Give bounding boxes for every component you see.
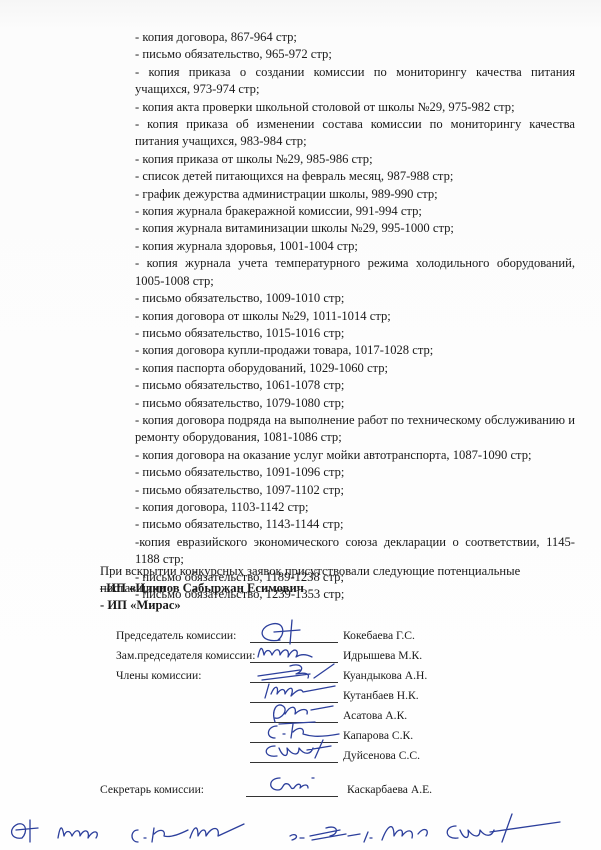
list-item: - копия журнала бракеражной комиссии, 99… — [135, 203, 575, 220]
role-label: Члены комиссии: — [116, 669, 201, 682]
signer-name: Куандыкова А.Н. — [343, 669, 427, 682]
role-label: Председатель комиссии: — [116, 629, 236, 642]
list-item: - копия приказа от школы №29, 985-986 ст… — [135, 151, 575, 168]
list-item: - копия акта проверки школьной столовой … — [135, 99, 575, 116]
signature-row-secretary: Секретарь комиссии: Каскарбаева А.Е. — [0, 781, 601, 801]
list-item: - письмо обязательство, 1061-1078 стр; — [135, 377, 575, 394]
signature-row-member: Дуйсенова С.С. — [0, 747, 601, 767]
signature-row-chairman: Председатель комиссии: Кокебаева Г.С. — [0, 627, 601, 647]
list-item: - график дежурства администрации школы, … — [135, 186, 575, 203]
signature-line — [250, 762, 338, 763]
list-item: - копия договора на оказание услуг мойки… — [135, 447, 575, 464]
signature-line — [250, 742, 338, 743]
signature-row-member: Члены комиссии: Куандыкова А.Н. — [0, 667, 601, 687]
list-item: - копия приказа об изменении состава ком… — [135, 116, 575, 151]
list-item: - письмо обязательство, 1015-1016 стр; — [135, 325, 575, 342]
list-item: - копия договора подряда на выполнение р… — [135, 412, 575, 447]
list-item: - копия журнала витаминизации школы №29,… — [135, 220, 575, 237]
signer-name: Кутанбаев Н.К. — [343, 689, 419, 702]
page-initials-row — [0, 808, 601, 850]
signer-name: Капарова С.К. — [343, 729, 413, 742]
signature-line — [246, 796, 338, 797]
signer-name: Идрышева М.К. — [343, 649, 422, 662]
signature-line — [250, 642, 338, 643]
list-item: - письмо обязательство, 1091-1096 стр; — [135, 464, 575, 481]
list-item: - копия журнала здоровья, 1001-1004 стр; — [135, 238, 575, 255]
list-item: - письмо обязательство, 1009-1010 стр; — [135, 290, 575, 307]
vendor-name: - ИП «Мирас» — [100, 597, 580, 614]
vendor-name: –ИП «Илипов Сабыржан Есимович — [100, 580, 580, 597]
list-item: - копия договора купли-продажи товара, 1… — [135, 342, 575, 359]
signature-line — [250, 722, 338, 723]
signature-row-deputy: Зам.председателя комиссии: Идрышева М.К. — [0, 647, 601, 667]
list-item: - письмо обязательство, 1143-1144 стр; — [135, 516, 575, 533]
list-item: - копия паспорта оборудований, 1029-1060… — [135, 360, 575, 377]
signer-name: Дуйсенова С.С. — [343, 749, 420, 762]
signer-name: Каскарбаева А.Е. — [347, 783, 432, 796]
list-item: - письмо обязательство, 1079-1080 стр; — [135, 395, 575, 412]
signature-row-member: Кутанбаев Н.К. — [0, 687, 601, 707]
list-item: - копия приказа о создании комиссии по м… — [135, 64, 575, 99]
signature-line — [250, 702, 338, 703]
list-item: - список детей питающихся на февраль мес… — [135, 168, 575, 185]
signature-row-member: Капарова С.К. — [0, 727, 601, 747]
signer-name: Асатова А.К. — [343, 709, 407, 722]
signature-line — [250, 682, 338, 683]
signer-name: Кокебаева Г.С. — [343, 629, 415, 642]
list-item: - копия договора, 867-964 стр; — [135, 29, 575, 46]
list-item: - письмо обязательство, 1097-1102 стр; — [135, 482, 575, 499]
list-item: - копия договора от школы №29, 1011-1014… — [135, 308, 575, 325]
list-item: - копия договора, 1103-1142 стр; — [135, 499, 575, 516]
scanned-document-page: - копия договора, 867-964 стр; - письмо … — [0, 0, 601, 850]
document-list: - копия договора, 867-964 стр; - письмо … — [135, 29, 575, 603]
role-label: Зам.председателя комиссии: — [116, 649, 255, 662]
signature-line — [250, 662, 338, 663]
list-item: - копия журнала учета температурного реж… — [135, 255, 575, 290]
role-label: Секретарь комиссии: — [100, 783, 204, 796]
signature-row-member: Асатова А.К. — [0, 707, 601, 727]
list-item: - письмо обязательство, 965-972 стр; — [135, 46, 575, 63]
